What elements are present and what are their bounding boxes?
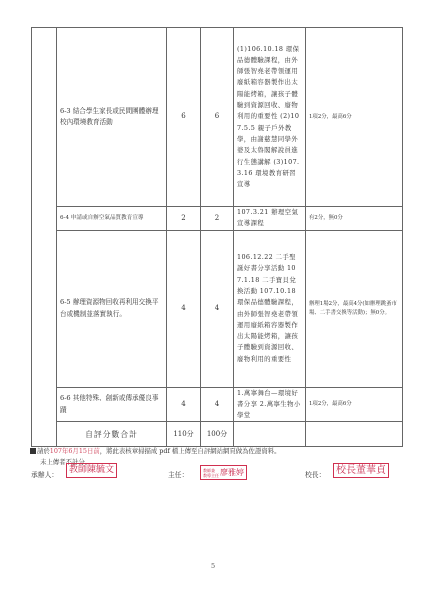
total-row: 自評分數合計 110分 100分	[32, 422, 403, 447]
page-number: 5	[211, 562, 215, 570]
description-cell: 107.3.21 辦理空氣宣導課程	[234, 207, 306, 231]
principal-stamp: 校長董華貞	[333, 463, 389, 478]
rule-cell: 1項2分，最高6分	[306, 28, 403, 207]
director-stamp-name: 廖雅婷	[220, 466, 244, 479]
total-label: 自評分數合計	[57, 422, 167, 447]
item-cell: 6-6 其他特殊、創新或傳承優良事蹟	[57, 387, 167, 422]
table-row: 6-5 辦理資源物回收再利用交換平台或機制並落實執行。 4 4 106.12.2…	[32, 230, 403, 387]
rule-cell: 1項2分，最高6分	[306, 387, 403, 422]
self-score-cell: 2	[201, 207, 234, 231]
total-description-cell	[234, 422, 306, 447]
total-self-score: 100分	[201, 422, 234, 447]
item-cell: 6-4 申請或自辦空氣品質教育宣導	[57, 207, 167, 231]
handler-label: 承辦人：	[31, 469, 58, 479]
self-score-cell: 4	[201, 230, 234, 387]
max-score-cell: 2	[167, 207, 201, 231]
rule-cell: 辦理1場2分，最高4分(如辦理跳蚤市場、二手書交換等活動)；無0分。	[306, 230, 403, 387]
note-text: ，將此表核章掃描成 pdf 檔上傳至自評網站網頁做為佐證資料。	[100, 447, 281, 455]
table-row: 6-3 結合學生家長或民間團體辦理校內環境教育活動 6 6 (1)106.10.…	[32, 28, 403, 207]
category-cell	[32, 28, 57, 447]
note-prefix: 請於	[37, 447, 50, 455]
total-rule-cell	[306, 422, 403, 447]
director-label: 主任：	[168, 469, 188, 479]
evaluation-table: 6-3 結合學生家長或民間團體辦理校內環境教育活動 6 6 (1)106.10.…	[31, 27, 403, 447]
item-cell: 6-5 辦理資源物回收再利用交換平台或機制並落實執行。	[57, 230, 167, 387]
total-max-score: 110分	[167, 422, 201, 447]
note-deadline: 107年6月15日前	[50, 447, 100, 455]
description-cell: 1.萬寧舞台—環境好書分享 2.萬寧生物小學堂	[234, 387, 306, 422]
max-score-cell: 6	[167, 28, 201, 207]
director-stamp: 教師兼 教導主任 廖雅婷	[200, 465, 247, 480]
square-bullet-icon	[30, 448, 36, 454]
max-score-cell: 4	[167, 387, 201, 422]
principal-label: 校長：	[305, 469, 325, 479]
item-cell: 6-3 結合學生家長或民間團體辦理校內環境教育活動	[57, 28, 167, 207]
rule-cell: 有2分，無0分	[306, 207, 403, 231]
max-score-cell: 4	[167, 230, 201, 387]
description-cell: (1)106.10.18 環保品德體驗課程，由外師張智堯老帶領運用廢紙箱容器製作…	[234, 28, 306, 207]
handler-stamp: 教師陳毓文	[66, 463, 117, 478]
self-score-cell: 4	[201, 387, 234, 422]
table-row: 6-4 申請或自辦空氣品質教育宣導 2 2 107.3.21 辦理空氣宣導課程 …	[32, 207, 403, 231]
self-score-cell: 6	[201, 28, 234, 207]
description-cell: 106.12.22 二手聖誕好書分享活動 107.1.18 二手寶貝兌換活動 1…	[234, 230, 306, 387]
director-stamp-title-2: 教導主任	[203, 473, 219, 478]
table-row: 6-6 其他特殊、創新或傳承優良事蹟 4 4 1.萬寧舞台—環境好書分享 2.萬…	[32, 387, 403, 422]
